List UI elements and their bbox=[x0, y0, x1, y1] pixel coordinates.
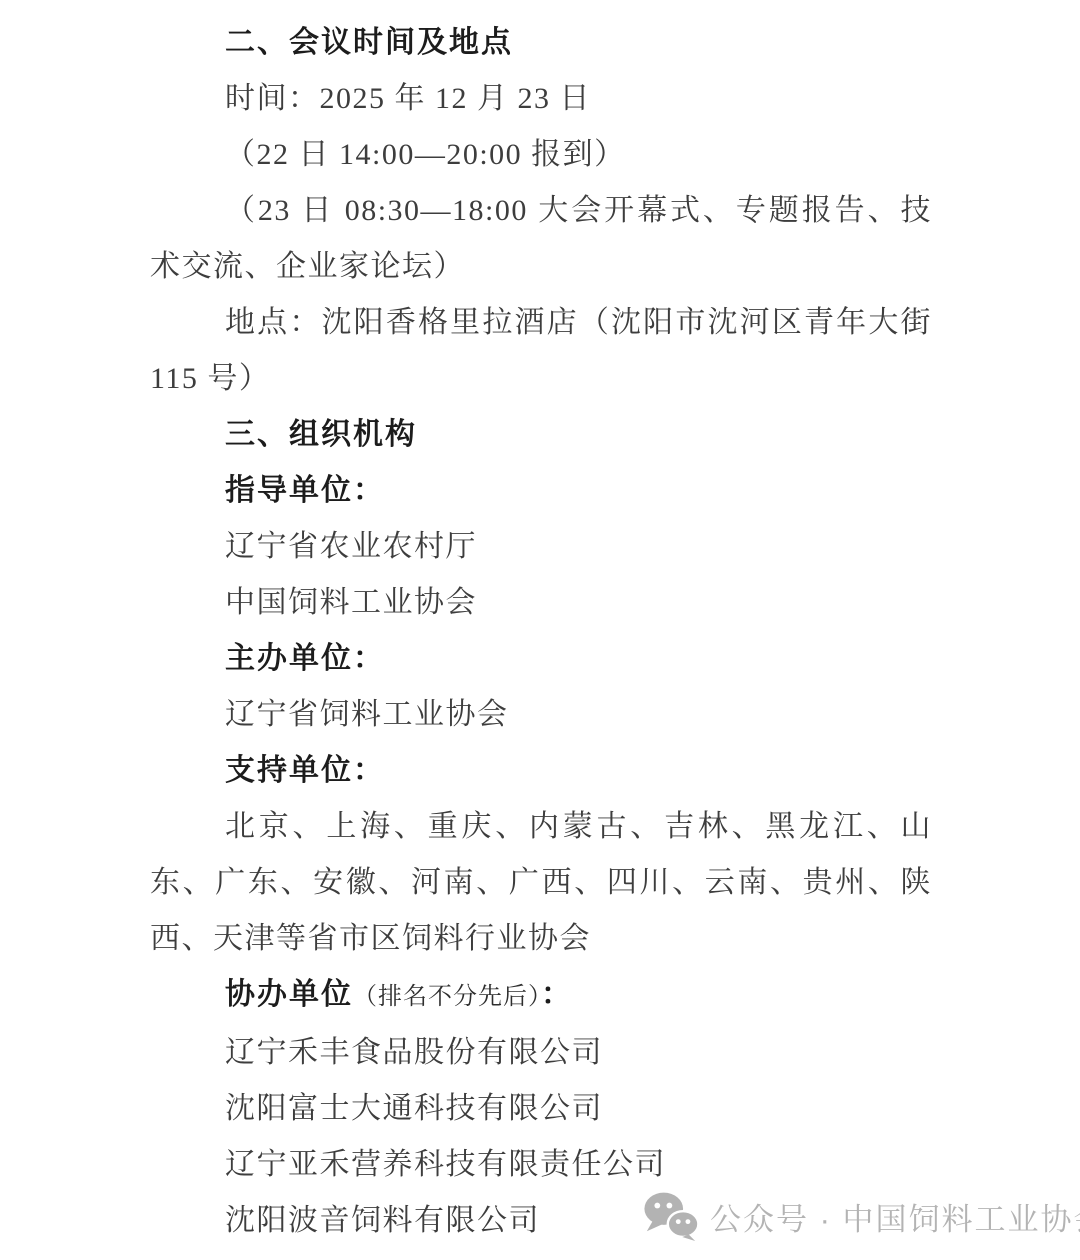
coorganizer-colon: ： bbox=[541, 978, 573, 1011]
host-label: 主办单位： bbox=[150, 631, 932, 687]
coorganizer-note: （排名不分先后） bbox=[353, 984, 541, 1010]
guidance-label: 指导单位： bbox=[150, 463, 932, 519]
section2-heading: 二、会议时间及地点 bbox=[150, 15, 932, 71]
registration-line: （22 日 14:00—20:00 报到） bbox=[150, 127, 932, 183]
article-body: 二、会议时间及地点 时间：2025 年 12 月 23 日 （22 日 14:0… bbox=[0, 0, 1080, 1249]
agenda-line: （23 日 08:30—18:00 大会开幕式、专题报告、技术交流、企业家论坛） bbox=[150, 183, 932, 295]
coorganizer-label: 协办单位 bbox=[225, 978, 353, 1011]
coorganizer-unit: 辽宁禾丰食品股份有限公司 bbox=[150, 1025, 932, 1081]
section3-heading: 三、组织机构 bbox=[150, 407, 932, 463]
coorganizer-unit: 沈阳富士大通科技有限公司 bbox=[150, 1081, 932, 1137]
venue-line: 地点：沈阳香格里拉酒店（沈阳市沈河区青年大街 115 号） bbox=[150, 295, 932, 407]
guidance-unit: 辽宁省农业农村厅 bbox=[150, 519, 932, 575]
watermark-text: 公众号 · 中国饲料工业协会 bbox=[710, 1194, 1080, 1239]
host-unit: 辽宁省饲料工业协会 bbox=[150, 687, 932, 743]
coorganizer-unit: 辽宁亚禾营养科技有限责任公司 bbox=[150, 1137, 932, 1193]
time-line: 时间：2025 年 12 月 23 日 bbox=[150, 71, 932, 127]
guidance-unit: 中国饲料工业协会 bbox=[150, 575, 932, 631]
support-label: 支持单位： bbox=[150, 743, 932, 799]
support-units: 北京、上海、重庆、内蒙古、吉林、黑龙江、山东、广东、安徽、河南、广西、四川、云南… bbox=[150, 799, 932, 967]
coorganizer-label-line: 协办单位（排名不分先后）： bbox=[150, 967, 932, 1025]
watermark: 公众号 · 中国饲料工业协会 bbox=[642, 1188, 1080, 1244]
wechat-icon bbox=[642, 1191, 700, 1241]
